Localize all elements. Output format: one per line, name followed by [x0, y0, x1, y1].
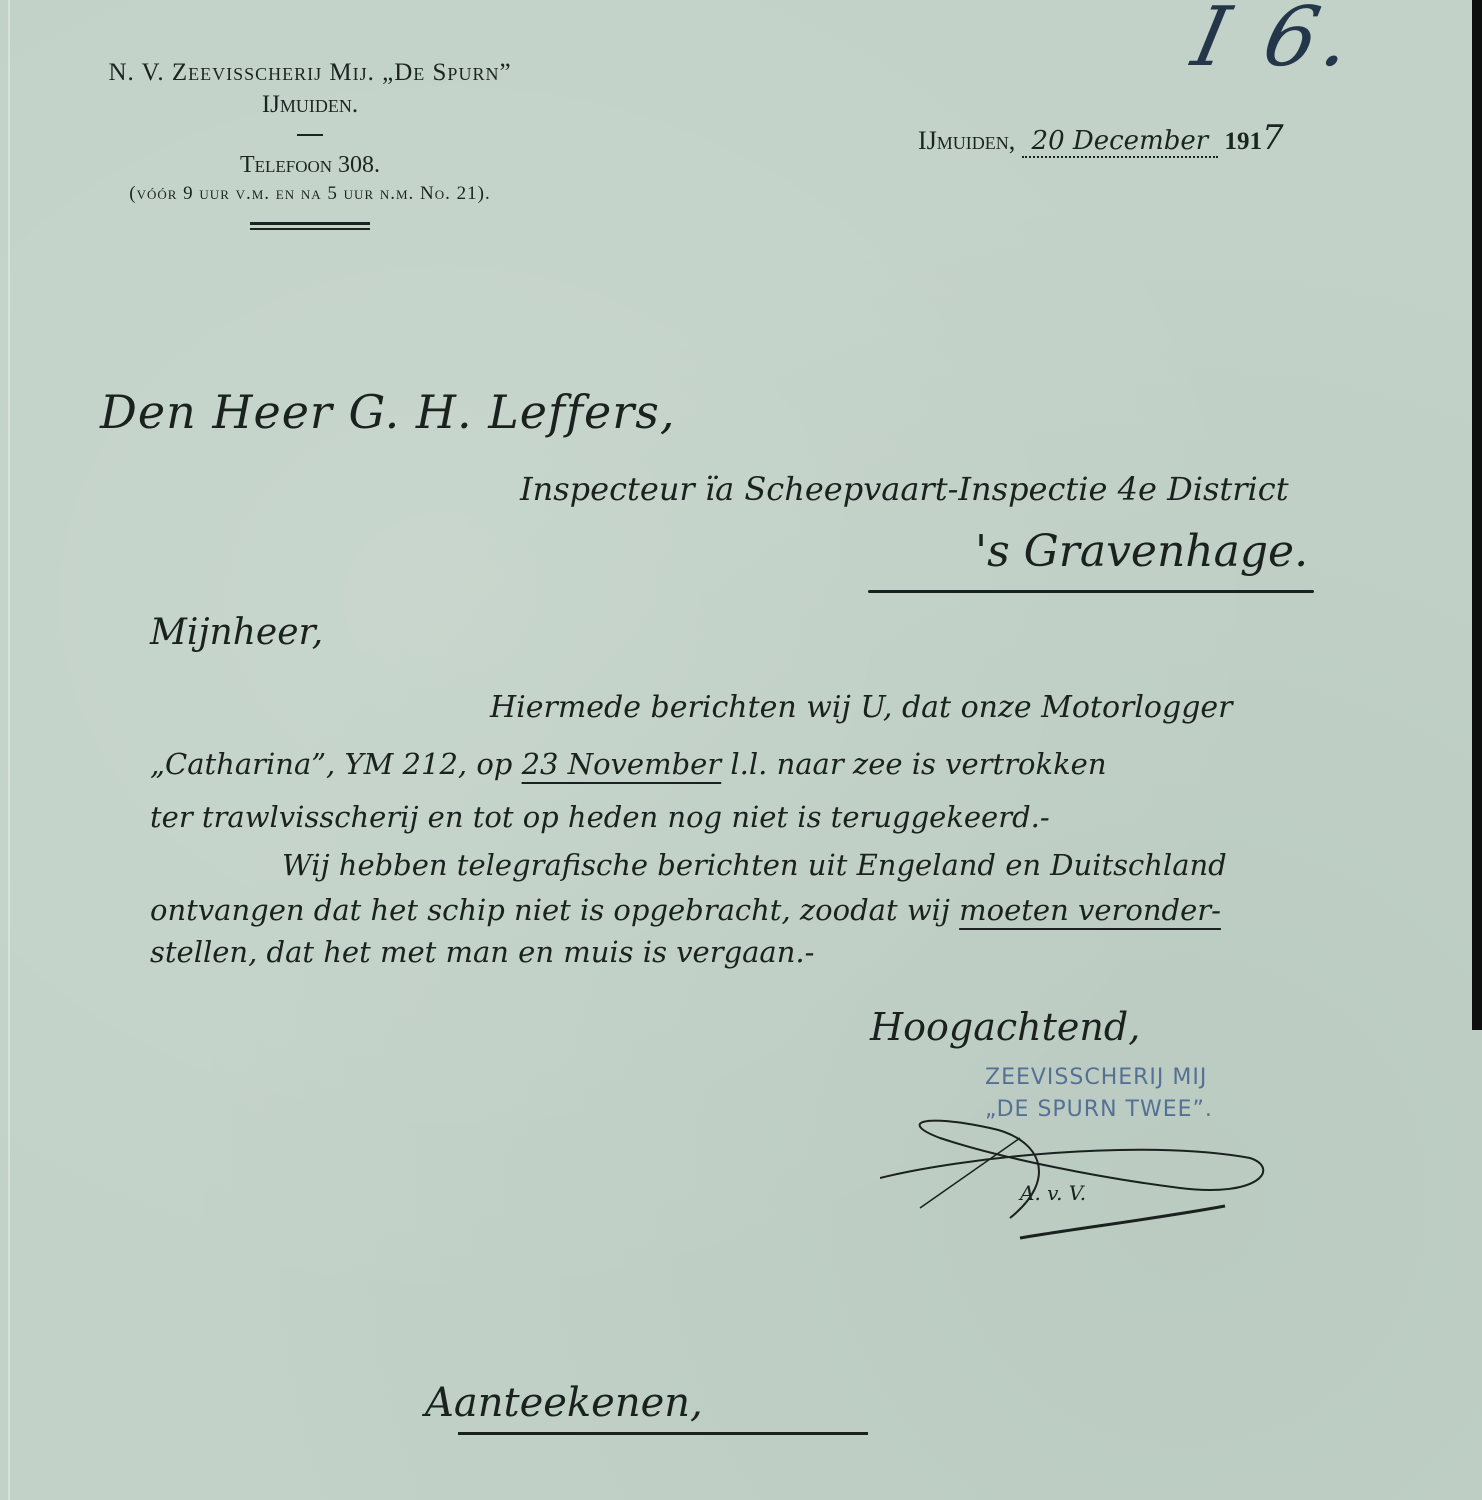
letterhead: N. V. Zeevisscherij Mij. „De Spurn” IJmu… — [40, 58, 580, 230]
archive-mark: I 6. — [1185, 0, 1366, 85]
letterhead-dash — [297, 134, 323, 136]
body-line-2-text: „Catharina”, YM 212, op — [150, 747, 522, 781]
dateline-year-handwritten: 7 — [1262, 118, 1284, 158]
annotation-underline — [458, 1432, 868, 1435]
dateline-place: IJmuiden, — [918, 126, 1015, 155]
body-line-3: ter trawlvisscherij en tot op heden nog … — [150, 800, 1050, 834]
paper-crease — [8, 0, 10, 1500]
company-stamp: ZEEVISSCHERIJ MIJ „DE SPURN TWEE”. — [985, 1062, 1213, 1126]
scan-edge — [1472, 0, 1482, 1030]
closing: Hoogachtend, — [870, 1005, 1140, 1049]
stamp-line-1: ZEEVISSCHERIJ MIJ — [985, 1062, 1213, 1094]
dateline: IJmuiden, 20 December 1917 — [918, 118, 1284, 158]
body-line-6: stellen, dat het met man en muis is verg… — [150, 935, 814, 969]
body-line-5-text: ontvangen dat het schip niet is opgebrac… — [150, 893, 959, 927]
dateline-year-printed: 191 — [1224, 128, 1262, 155]
dateline-day: 20 — [1032, 126, 1065, 156]
dateline-month: December — [1073, 126, 1208, 156]
letterhead-phone: Telefoon 308. — [40, 150, 580, 180]
address-city: 's Gravenhage. — [975, 526, 1308, 577]
body-line-5-underlined: moeten veronder- — [959, 893, 1221, 927]
salutation: Mijnheer, — [150, 612, 323, 653]
body-line-1: Hiermede berichten wij U, dat onze Motor… — [490, 690, 1233, 725]
letterhead-city: IJmuiden. — [40, 88, 580, 122]
address-recipient: Den Heer G. H. Leffers, — [100, 385, 676, 439]
body-line-4: Wij hebben telegrafische berichten uit E… — [282, 848, 1227, 882]
body-line-5: ontvangen dat het schip niet is opgebrac… — [150, 893, 1221, 927]
body-line-2: „Catharina”, YM 212, op 23 November l.l.… — [150, 747, 1107, 781]
letterhead-double-rule — [250, 222, 370, 230]
letterhead-company: N. V. Zeevisscherij Mij. „De Spurn” — [40, 58, 580, 88]
address-underline — [868, 590, 1314, 593]
annotation: Aanteekenen, — [425, 1380, 703, 1426]
letterhead-hours: (vóór 9 uur v.m. en na 5 uur n.m. No. 21… — [40, 180, 580, 208]
departure-date: 23 November — [522, 747, 722, 781]
body-line-2-rest: l.l. naar zee is vertrokken — [721, 747, 1106, 781]
svg-text:A. v. V.: A. v. V. — [1018, 1181, 1086, 1205]
signature-flourish-icon: A. v. V. — [880, 1118, 1280, 1248]
address-title: Inspecteur ïa Scheepvaart-Inspectie 4e D… — [520, 470, 1289, 508]
dateline-day-month: 20 December — [1022, 126, 1219, 158]
signature: A. v. V. — [880, 1118, 1280, 1253]
